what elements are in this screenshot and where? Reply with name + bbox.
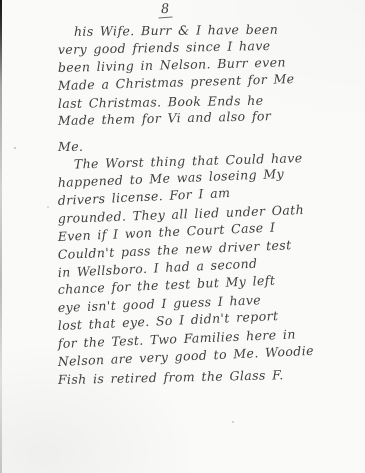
- scan-edge-shadow: [0, 0, 2, 473]
- scan-speck: [47, 206, 49, 208]
- letter-body: his Wife. Burr & I have been very good f…: [58, 23, 348, 389]
- page-number: 8: [157, 2, 172, 19]
- scan-speck: [232, 421, 234, 423]
- scanned-letter-page: 8 his Wife. Burr & I have been very good…: [0, 0, 365, 473]
- scan-speck: [14, 147, 16, 149]
